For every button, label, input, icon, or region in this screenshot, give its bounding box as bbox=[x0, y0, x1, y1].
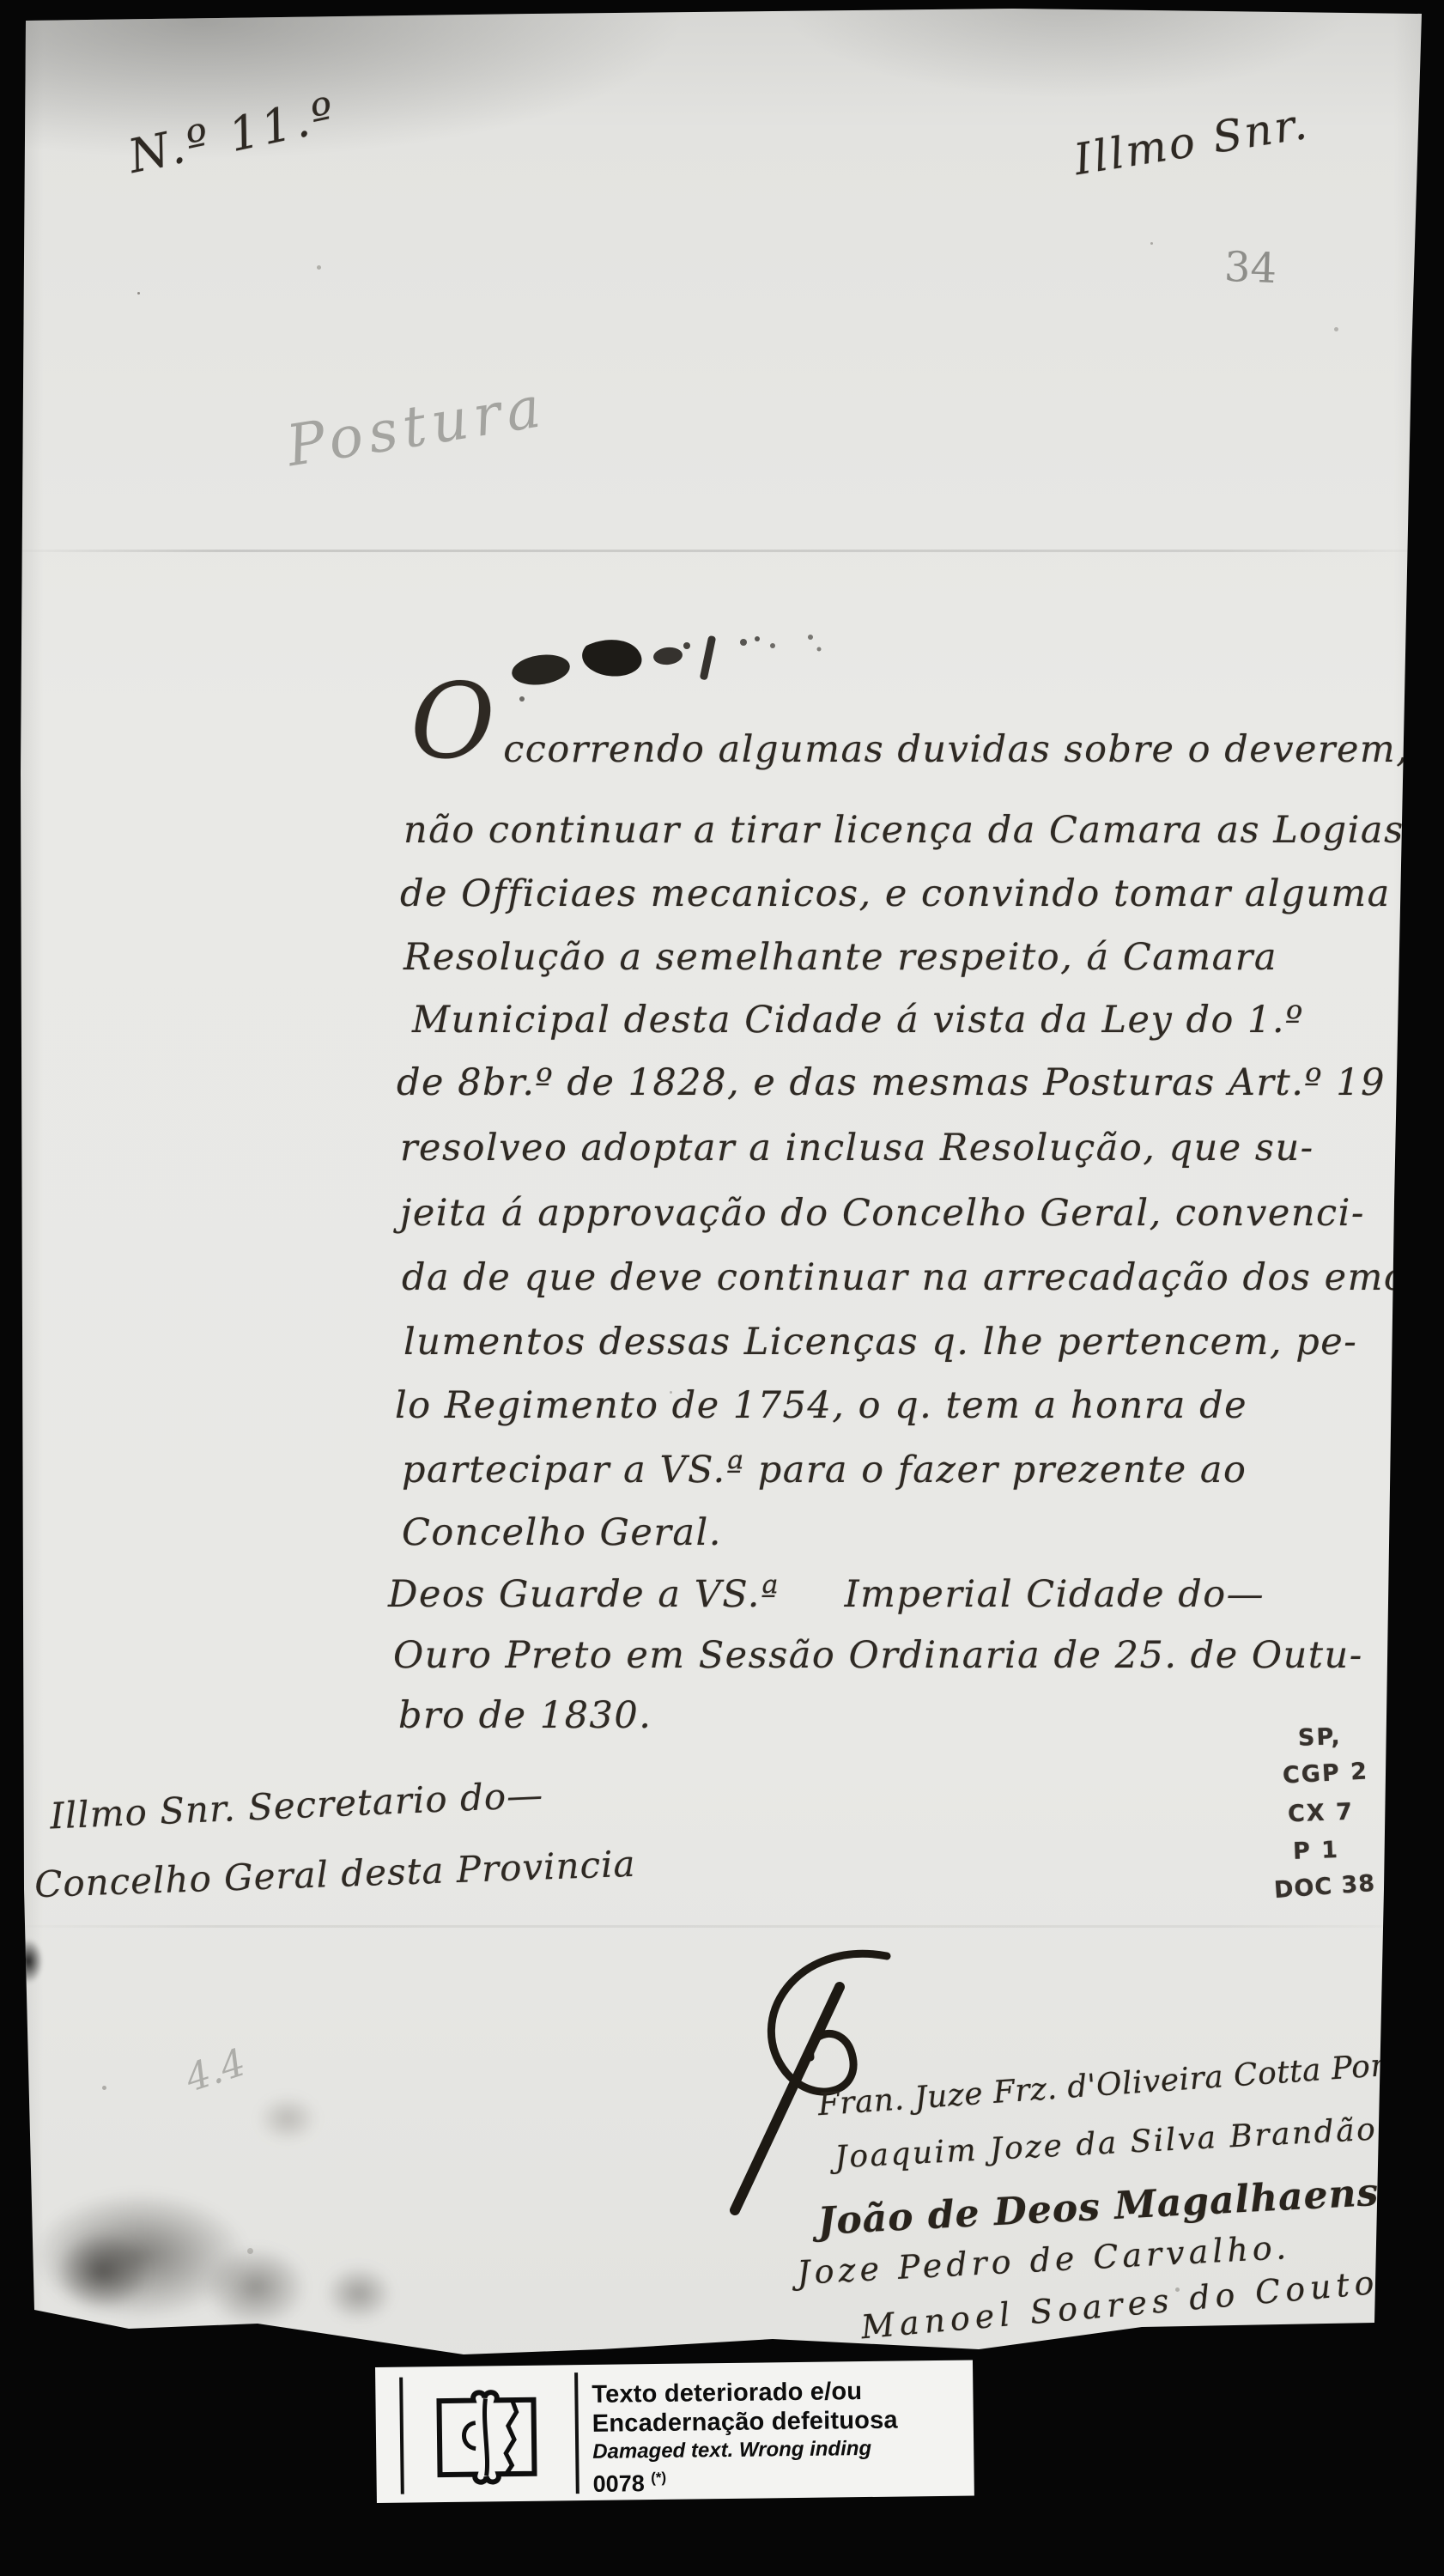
damage-stamp: Texto deteriorado e/ou Encadernação defe… bbox=[375, 2360, 974, 2502]
body-line: Municipal desta Cidade á vista da Ley do… bbox=[412, 999, 1304, 1042]
pencil-annotation: Postura bbox=[282, 374, 551, 480]
body-line: da de que deve continuar na arrecadação … bbox=[402, 1256, 1421, 1299]
body-line: resolveo adoptar a inclusa Resolução, qu… bbox=[400, 1127, 1314, 1170]
body-line: lo Regimento de 1754, o q. tem a honra d… bbox=[395, 1384, 1247, 1427]
stamp-code: 0078 (*) bbox=[592, 2462, 898, 2498]
stain bbox=[325, 2265, 393, 2322]
address-line: Illmo Snr. Secretario do— bbox=[49, 1773, 544, 1837]
body-line: jeita á approvação do Concelho Geral, co… bbox=[400, 1192, 1365, 1235]
doc-number: N.º 11.º bbox=[124, 87, 343, 184]
body-line: de 8br.º de 1828, e das mesmas Posturas … bbox=[397, 1061, 1386, 1104]
body-line: Ouro Preto em Sessão Ordinaria de 25. de… bbox=[393, 1634, 1363, 1677]
address-line: Concelho Geral desta Provincia bbox=[33, 1843, 636, 1905]
body-line: Resolução a semelhante respeito, á Camar… bbox=[403, 936, 1277, 979]
paper-specks bbox=[137, 292, 140, 295]
body-line: bro de 1830. bbox=[398, 1694, 652, 1737]
archive-mark: CX 7 bbox=[1287, 1799, 1354, 1828]
body-line: partecipar a VS.ª para o fazer prezente … bbox=[402, 1449, 1247, 1492]
stamp-line-pt-1: Texto deteriorado e/ou bbox=[592, 2377, 897, 2409]
scanned-document: N.º 11.º Illmo Snr. 34 Postura Occorrend… bbox=[0, 0, 1444, 2576]
stain bbox=[204, 2246, 307, 2328]
stamp-line-en: Damaged text. Wrong inding bbox=[592, 2435, 898, 2465]
pencil-mark: 4.4 bbox=[180, 2040, 251, 2100]
fold-line bbox=[0, 1925, 1444, 1928]
salutation: Illmo Snr. bbox=[1071, 99, 1313, 185]
fold-line bbox=[0, 550, 1444, 552]
archive-mark: DOC 38 bbox=[1273, 1870, 1376, 1904]
body-line: lumentos dessas Licenças q. lhe pertence… bbox=[403, 1321, 1357, 1364]
archive-mark: CGP 2 bbox=[1282, 1758, 1368, 1789]
stamp-text: Texto deteriorado e/ou Encadernação defe… bbox=[592, 2377, 899, 2498]
stamp-line-pt-2: Encadernação defeituosa bbox=[592, 2406, 898, 2439]
edge-nick bbox=[14, 1939, 43, 1984]
signature-flourish bbox=[711, 1937, 934, 2221]
body-line: não continuar a tirar licença da Camara … bbox=[403, 809, 1405, 852]
body-line: Concelho Geral. bbox=[402, 1511, 722, 1554]
paper-sheet: N.º 11.º Illmo Snr. 34 Postura Occorrend… bbox=[0, 0, 1444, 2576]
pencil-page-number: 34 bbox=[1223, 243, 1277, 293]
stamp-code-number: 0078 bbox=[592, 2470, 644, 2497]
stain bbox=[258, 2095, 318, 2142]
damaged-book-icon bbox=[430, 2386, 543, 2489]
body-line: Occorrendo algumas duvidas sobre o dever… bbox=[410, 728, 1444, 771]
ink-blot bbox=[505, 620, 874, 714]
archive-mark: SP, bbox=[1297, 1723, 1342, 1752]
stamp-left-rule bbox=[399, 2378, 404, 2494]
body-line: Deos Guarde a VS.ª Imperial Cidade do— bbox=[388, 1573, 1265, 1616]
stamp-code-note: (*) bbox=[651, 2470, 666, 2486]
stain bbox=[55, 2233, 149, 2310]
body-line: de Officiaes mecanicos, e convindo tomar… bbox=[400, 872, 1391, 915]
stamp-divider bbox=[574, 2372, 579, 2494]
archive-mark: P 1 bbox=[1292, 1837, 1339, 1865]
